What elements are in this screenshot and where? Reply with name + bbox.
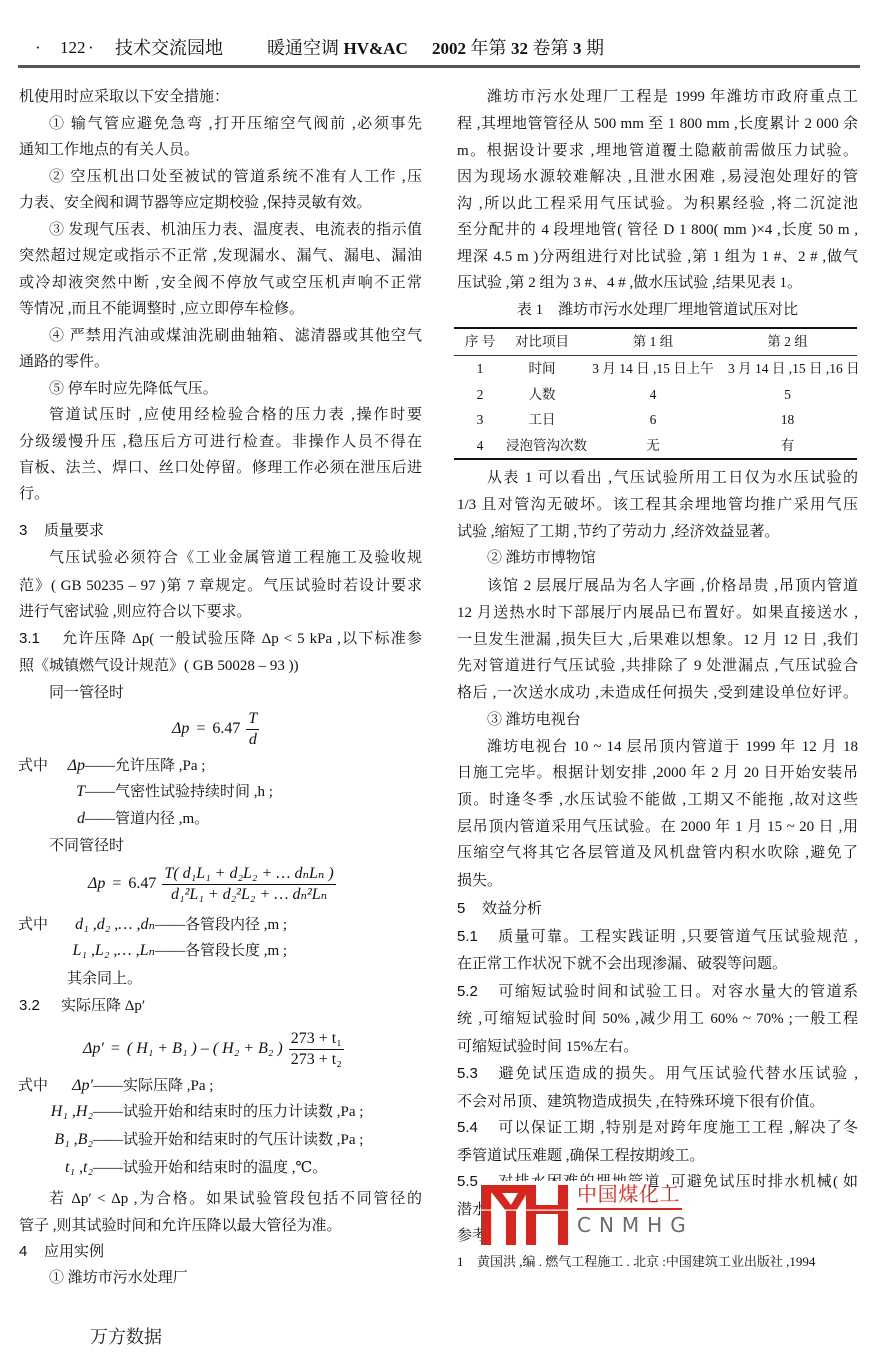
formula-numerator: T xyxy=(246,709,259,730)
table-cell: 工日 xyxy=(506,407,578,433)
formula-equals: = xyxy=(196,720,205,738)
formula-fraction: T d xyxy=(246,709,259,750)
formula-body: ( H₁ + B₁ ) – ( H₂ + B₂ ) xyxy=(127,1040,283,1058)
case-title: ③ 潍坊电视台 xyxy=(457,707,858,733)
formula-equals: = xyxy=(112,875,121,893)
item-text: 避免试压造成的损失。用气压试验代替水压试验 , xyxy=(497,1066,858,1082)
symbol-desc: ——气密性试验持续时间 ,h ; xyxy=(85,784,273,800)
section-heading-4: 4应用实例 xyxy=(19,1239,422,1265)
table-cell: 无 xyxy=(578,433,728,459)
watermark-rule xyxy=(577,1208,682,1210)
comparison-table: 序 号 对比项目 第 1 组 第 2 组 1 时间 3 月 14 日 ,15 日… xyxy=(454,327,857,460)
where-note: 其余同上。 xyxy=(67,966,142,992)
where-line: t₁ ,t₂——试验开始和结束时的温度 ,℃。 xyxy=(18,1155,327,1181)
text-line: 不同管径时 xyxy=(19,833,422,859)
benefit-item-5-4: 5.4可以保证工期 ,特别是对跨年度施工工程 ,解决了冬 xyxy=(457,1115,858,1141)
text-line: 1/3 且对管沟无破坏。该工程其余埋地管均推广采用气压 xyxy=(457,492,858,518)
table-cell: 浸泡管沟次数 xyxy=(506,433,578,459)
text-line: 程 ,其埋地管管径从 500 mm 至 1 800 mm ,长度累计 2 000… xyxy=(457,111,858,137)
text-line: 沟 ,所以此工程采用气压试验。为积累经验 ,将二沉淀池 xyxy=(457,191,858,217)
where-line: d——管道内径 ,m。 xyxy=(18,806,209,832)
item-text: 可缩短试验时间和试验工日。对容水量大的管道系 xyxy=(497,984,858,1000)
text-line: 顶。时逢冬季 ,水压试验不能做 ,工期又不能拖 ,故对这些 xyxy=(457,787,858,813)
table-cell: 1 xyxy=(454,356,506,382)
benefit-item-5-1: 5.1质量可靠。工程实践证明 ,只要管道气压试验规范 , xyxy=(457,924,858,950)
text-line: 机使用时应采取以下安全措施： xyxy=(19,84,422,110)
formula-denominator: d xyxy=(247,730,259,750)
table-row: 1 时间 3 月 14 日 ,15 日上午 3 月 14 日 ,15 日 ,16… xyxy=(454,356,857,382)
formula-coefficient: 6.47 xyxy=(212,720,240,738)
watermark-name-en: CNMHG xyxy=(577,1214,694,1236)
watermark-name-cn: 中国煤化工 xyxy=(577,1184,680,1206)
table-cell: 4 xyxy=(454,433,506,459)
table-caption: 表 1 潍坊市污水处理厂埋地管道试压对比 xyxy=(457,297,858,323)
text-line: 试验 ,缩短了工期 ,节约了劳动力 ,经济效益显著。 xyxy=(457,519,858,545)
section-title: 质量要求 xyxy=(44,523,104,539)
text-line: 盲板、法兰、焊口、丝口处停留。修理工作必须在泄压后进 xyxy=(19,455,422,481)
text-line: 管道试压时 ,应使用经检验合格的压力表 ,操作时要 xyxy=(19,402,422,428)
item-text: 质量可靠。工程实践证明 ,只要管道气压试验规范 , xyxy=(497,929,858,945)
section-heading-3: 3质量要求 xyxy=(19,518,422,544)
text-line: 力表、安全阀和调节器等应定期校验 ,保持灵敏有效。 xyxy=(19,190,422,216)
text-line: 该馆 2 层展厅展品为名人字画 ,价格昂贵 ,吊顶内管道 xyxy=(457,573,858,599)
text-line: m。根据设计要求 ,埋地管道覆土隐蔽前需做压力试验。 xyxy=(457,138,858,164)
section-number: 4 xyxy=(19,1239,44,1265)
formula-coefficient: 6.47 xyxy=(128,875,156,893)
formula-numerator: T( d₁L₁ + d₂L₂ + … dₙLₙ ) xyxy=(162,864,335,885)
section-title: 实际压降 Δp′ xyxy=(61,998,145,1014)
text-line: 同一管径时 xyxy=(19,680,422,706)
symbol: B₁ ,B₂ xyxy=(48,1127,93,1153)
section-number: 5 xyxy=(457,896,482,922)
table-row: 2 人数 4 5 xyxy=(454,382,857,408)
safety-item-2: ② 空压机出口处至被试的管道系统不准有人工作 ,压 xyxy=(19,164,422,190)
text-line: 压试验 ,第 2 组为 3 #、4 # ,做水压试验 ,结果见表 1。 xyxy=(457,270,858,296)
formula-numerator: 273 + t₁ xyxy=(289,1029,344,1050)
symbol: T xyxy=(48,779,85,805)
text-line: 气压试验必须符合《工业金属管道工程施工及验收规 xyxy=(19,545,422,571)
symbol: H₁ ,H₂ xyxy=(48,1099,93,1125)
text-line: 分级缓慢升压 ,稳压后方可进行检查。非操作人员不得在 xyxy=(19,429,422,455)
text-line: 因为现场水源较难解决 ,且泄水困难 ,易浸泡处理好的管 xyxy=(457,164,858,190)
text-line: 或冷却液突然中断 ,安全阀不停放气或空压机声响不正常 xyxy=(19,270,422,296)
reference-number: 1 xyxy=(457,1249,477,1275)
formula-equals: = xyxy=(111,1040,120,1058)
section-text: 允许压降 Δp( 一般试验压降 Δp < 5 kPa ,以下标准参 xyxy=(61,631,422,647)
item-number: 5.3 xyxy=(457,1061,497,1087)
symbol: L₁ ,L₂ ,… ,Lₙ xyxy=(48,938,155,964)
text-line: 压缩空气将其它各层管道及风机盘管内积水吹除 ,避免了 xyxy=(457,840,858,866)
column-header: 对比项目 xyxy=(506,329,578,355)
section-number: 3.1 xyxy=(19,626,61,652)
footer-source: 万方数据 xyxy=(90,1325,162,1351)
table-row: 3 工日 6 18 xyxy=(454,407,857,433)
text-line: 可缩短试验时间 15%左右。 xyxy=(457,1034,858,1060)
text-line: 格后 ,一次送水成功 ,未造成任何损失 ,受到建设单位好评。 xyxy=(457,680,858,706)
where-line: H₁ ,H₂——试验开始和结束时的压力计读数 ,Pa ; xyxy=(18,1099,363,1125)
text-line: 范》( GB 50235 – 97 )第 7 章规定。气压试验时若设计要求 xyxy=(19,573,422,599)
benefit-item-5-3: 5.3避免试压造成的损失。用气压试验代替水压试验 , xyxy=(457,1061,858,1087)
text-line: 行。 xyxy=(19,481,422,507)
symbol-desc: ——试验开始和结束时的温度 ,℃。 xyxy=(93,1160,327,1176)
where-line: 式中Δp——允许压降 ,Pa ; xyxy=(18,753,205,779)
text-line: 通知工作地点的有关人员。 xyxy=(19,137,422,163)
where-line: L₁ ,L₂ ,… ,Lₙ——各管段长度 ,m ; xyxy=(18,938,287,964)
text-line: 至分配井的 4 段埋地管( 管径 D 1 800( mm )×4 ,长度 50 … xyxy=(457,217,858,243)
left-column: 机使用时应采取以下安全措施： ① 输气管应避免急弯 ,打开压缩空气阀前 ,必须事… xyxy=(19,0,422,1371)
column-header: 序 号 xyxy=(454,329,506,355)
section-number: 3 xyxy=(19,518,44,544)
table-cell: 3 xyxy=(454,407,506,433)
symbol: Δp xyxy=(48,753,85,779)
symbol-desc: ——试验开始和结束时的气压计读数 ,Pa ; xyxy=(93,1132,363,1148)
table-cell: 2 xyxy=(454,382,506,408)
table-cell: 5 xyxy=(728,382,847,408)
item-number: 5.1 xyxy=(457,924,497,950)
text-line: 统 ,可缩短试验时间 50% ,减少用工 60% ~ 70% ;一般工程 xyxy=(457,1006,858,1032)
symbol: t₁ ,t₂ xyxy=(48,1155,93,1181)
table-cell: 3 月 14 日 ,15 日上午 xyxy=(578,356,728,382)
symbol-desc: ——允许压降 ,Pa ; xyxy=(85,758,205,774)
symbol-desc: ——试验开始和结束时的压力计读数 ,Pa ; xyxy=(93,1104,363,1120)
formula-denominator: d₁²L₁ + d₂²L₂ + … dₙ²Lₙ xyxy=(169,885,329,905)
reference-text: 黄国洪 ,编 . 燃气工程施工 . 北京 :中国建筑工业出版社 ,1994 xyxy=(477,1254,815,1269)
formula-2: Δp = 6.47 T( d₁L₁ + d₂L₂ + … dₙLₙ ) d₁²L… xyxy=(88,862,336,906)
symbol-desc: ——各管段内径 ,m ; xyxy=(155,917,287,933)
item-text: 可以保证工期 ,特别是对跨年度施工工程 ,解决了冬 xyxy=(497,1120,858,1136)
watermark-logo-icon xyxy=(478,1178,573,1250)
symbol-desc: ——管道内径 ,m。 xyxy=(85,811,209,827)
text-line: 不会对吊顶、建筑物造成损失 ,在特殊环境下很有价值。 xyxy=(457,1089,858,1115)
section-title: 应用实例 xyxy=(44,1244,104,1260)
benefit-item-5-2: 5.2可缩短试验时间和试验工日。对容水量大的管道系 xyxy=(457,979,858,1005)
table-header-row: 序 号 对比项目 第 1 组 第 2 组 xyxy=(454,329,857,356)
section-number: 3.2 xyxy=(19,993,61,1019)
where-line: 式中Δp′——实际压降 ,Pa ; xyxy=(18,1073,213,1099)
text-line: 潍坊市污水处理厂工程是 1999 年潍坊市政府重点工 xyxy=(457,84,858,110)
formula-1: Δp = 6.47 T d xyxy=(172,707,259,751)
section-title: 效益分析 xyxy=(482,901,542,917)
table-cell: 4 xyxy=(578,382,728,408)
safety-item-3: ③ 发现气压表、机油压力表、温度表、电流表的指示值 xyxy=(19,217,422,243)
text-line: 潍坊电视台 10 ~ 14 层吊顶内管道于 1999 年 12 月 18 xyxy=(457,734,858,760)
table-cell: 时间 xyxy=(506,356,578,382)
text-line: 一旦发生泄漏 ,损失巨大 ,后果难以想象。12 月 12 日 ,我们 xyxy=(457,627,858,653)
where-line: T——气密性试验持续时间 ,h ; xyxy=(18,779,273,805)
formula-lhs: Δp xyxy=(172,720,189,738)
item-number: 5.4 xyxy=(457,1115,497,1141)
table-cell: 3 月 14 日 ,15 日 ,16 日 xyxy=(728,356,847,382)
text-line: 日施工完毕。根据计划安排 ,2000 年 2 月 20 日开始安装吊 xyxy=(457,760,858,786)
text-line: 损失。 xyxy=(457,868,858,894)
formula-lhs: Δp xyxy=(88,875,105,893)
section-heading-5: 5效益分析 xyxy=(457,896,858,922)
formula-fraction: 273 + t₁ 273 + t₂ xyxy=(289,1029,344,1070)
text-line: 突然超过规定或指示不正常 ,发现漏水、漏气、漏电、漏油 xyxy=(19,243,422,269)
case-title: ① 潍坊市污水处理厂 xyxy=(19,1265,422,1291)
safety-item-1: ① 输气管应避免急弯 ,打开压缩空气阀前 ,必须事先 xyxy=(19,111,422,137)
symbol: Δp′ xyxy=(48,1073,93,1099)
text-line: 管子 ,则其试验时间和允许压降以最大管径为准。 xyxy=(19,1213,422,1239)
table-cell: 有 xyxy=(728,433,847,459)
symbol-desc: ——实际压降 ,Pa ; xyxy=(93,1078,213,1094)
symbol: d xyxy=(48,806,85,832)
symbol-desc: ——各管段长度 ,m ; xyxy=(155,943,287,959)
column-header: 第 1 组 xyxy=(578,329,728,355)
table-cell: 18 xyxy=(728,407,847,433)
text-line: 若 Δp′ < Δp ,为合格。如果试验管段包括不同管径的 xyxy=(19,1186,422,1212)
text-line: 进行气密试验 ,则应符合以下要求。 xyxy=(19,599,422,625)
text-line: 等情况 ,而且不能调整时 ,应立即停车检修。 xyxy=(19,296,422,322)
text-line: 层吊顶内管道采用气压试验。在 2000 年 1 月 15 ~ 20 日 ,用 xyxy=(457,814,858,840)
text-line: 在正常工作状况下就不会出现渗漏、破裂等问题。 xyxy=(457,951,858,977)
where-line: B₁ ,B₂——试验开始和结束时的气压计读数 ,Pa ; xyxy=(18,1127,363,1153)
right-column: 潍坊市污水处理厂工程是 1999 年潍坊市政府重点工 程 ,其埋地管管径从 50… xyxy=(457,0,858,1371)
section-heading-3-1: 3.1允许压降 Δp( 一般试验压降 Δp < 5 kPa ,以下标准参 xyxy=(19,626,422,652)
column-header: 第 2 组 xyxy=(728,329,847,355)
table-cell: 人数 xyxy=(506,382,578,408)
text-line: 埋深 4.5 m )分两组进行对比试验 ,第 1 组为 1 #、2 # ,做气 xyxy=(457,244,858,270)
formula-fraction: T( d₁L₁ + d₂L₂ + … dₙLₙ ) d₁²L₁ + d₂²L₂ … xyxy=(162,864,335,905)
text-line: 季管道试压难题 ,确保工程按期竣工。 xyxy=(457,1143,858,1169)
text-line: 通路的零件。 xyxy=(19,349,422,375)
formula-lhs: Δp′ xyxy=(83,1040,104,1058)
reference-item: 1黄国洪 ,编 . 燃气工程施工 . 北京 :中国建筑工业出版社 ,1994 xyxy=(457,1249,858,1275)
symbol: d₁ ,d₂ ,… ,dₙ xyxy=(48,912,155,938)
safety-item-4: ④ 严禁用汽油或煤油洗刷曲轴箱、滤清器或其他空气 xyxy=(19,323,422,349)
safety-item-5: ⑤ 停车时应先降低气压。 xyxy=(19,376,422,402)
section-heading-3-2: 3.2实际压降 Δp′ xyxy=(19,993,422,1019)
case-title: ② 潍坊市博物馆 xyxy=(457,545,858,571)
table-row: 4 浸泡管沟次数 无 有 xyxy=(454,433,857,459)
formula-denominator: 273 + t₂ xyxy=(289,1050,344,1070)
item-number: 5.2 xyxy=(457,979,497,1005)
text-line: 12 月送热水时下部展厅内展品已布置好。如果直接送水 , xyxy=(457,600,858,626)
text-line: 先对管道进行气压试验 ,共排除了 9 处泄漏点 ,气压试验合 xyxy=(457,653,858,679)
where-line: 式中d₁ ,d₂ ,… ,dₙ——各管段内径 ,m ; xyxy=(18,912,287,938)
text-line: 从表 1 可以看出 ,气压试验所用工日仅为水压试验的 xyxy=(457,465,858,491)
text-line: 照《城镇燃气设计规范》( GB 50028 – 93 )) xyxy=(19,653,422,679)
table-cell: 6 xyxy=(578,407,728,433)
formula-3: Δp′ = ( H₁ + B₁ ) – ( H₂ + B₂ ) 273 + t₁… xyxy=(83,1027,344,1071)
